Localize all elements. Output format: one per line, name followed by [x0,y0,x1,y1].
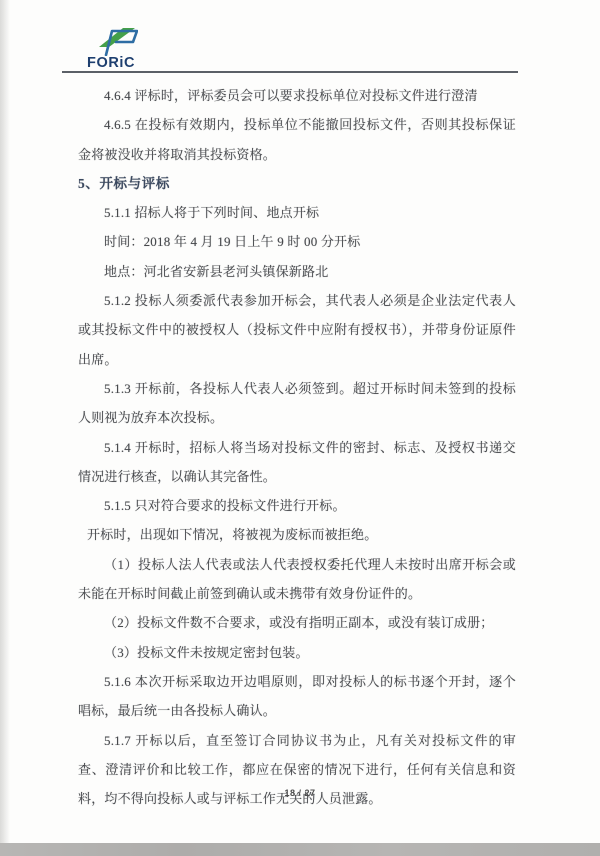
paragraph: 4.6.4 评标时，评标委员会可以要求投标单位对投标文件进行澄清 [78,81,516,110]
document-page: FORiC 4.6.4 评标时，评标委员会可以要求投标单位对投标文件进行澄清4.… [0,0,600,856]
paragraph: 5.1.1 招标人将于下列时间、地点开标 [78,198,516,227]
paragraph: 地点：河北省安新县老河头镇保新路北 [78,257,516,286]
paragraph: （3）投标文件未按规定密封包装。 [78,638,516,667]
paragraph: 5.1.4 开标时，招标人将当场对投标文件的密封、标志、及授权书递交情况进行核查… [78,433,516,492]
paragraph: 4.6.5 在投标有效期内，投标单位不能撤回投标文件，否则其投标保证金将被没收并… [78,110,516,169]
paragraph: 5.1.7 开标以后，直至签订合同协议书为止，凡有关对投标文件的审查、澄清评价和… [78,726,516,814]
paragraph: （2）投标文件数不合要求，或没有指明正副本，或没有装订成册； [78,608,516,637]
brand-name: FORiC [87,55,138,71]
paragraph: 时间：2018 年 4 月 19 日上午 9 时 00 分开标 [78,227,516,256]
header-divider [62,71,518,73]
foric-logo-icon [98,24,138,56]
paragraph: （1）投标人法人代表或法人代表授权委托代理人未按时出席开标会或未能在开标时间截止… [78,550,516,609]
paragraph: 5.1.6 本次开标采取边开边唱原则，即对投标人的标书逐个开封，逐个唱标，最后统… [78,667,516,726]
page-number: 18 / 27 [0,788,600,798]
paragraph: 5.1.3 开标前，各投标人代表人必须签到。超过开标时间未签到的投标人则视为放弃… [78,374,516,433]
paragraph: 5.1.5 只对符合要求的投标文件进行开标。 [78,491,516,520]
section-heading: 5、开标与评标 [78,169,516,198]
foric-logo: FORiC [87,24,138,71]
scan-edge-left [0,0,10,856]
paragraph: 开标时，出现如下情况，将被视为废标而被拒绝。 [78,520,516,549]
scan-edge-bottom [0,843,600,856]
document-body: 4.6.4 评标时，评标委员会可以要求投标单位对投标文件进行澄清4.6.5 在投… [78,81,516,813]
paragraph: 5.1.2 投标人须委派代表参加开标会，其代表人必须是企业法定代表人或其投标文件… [78,286,516,374]
